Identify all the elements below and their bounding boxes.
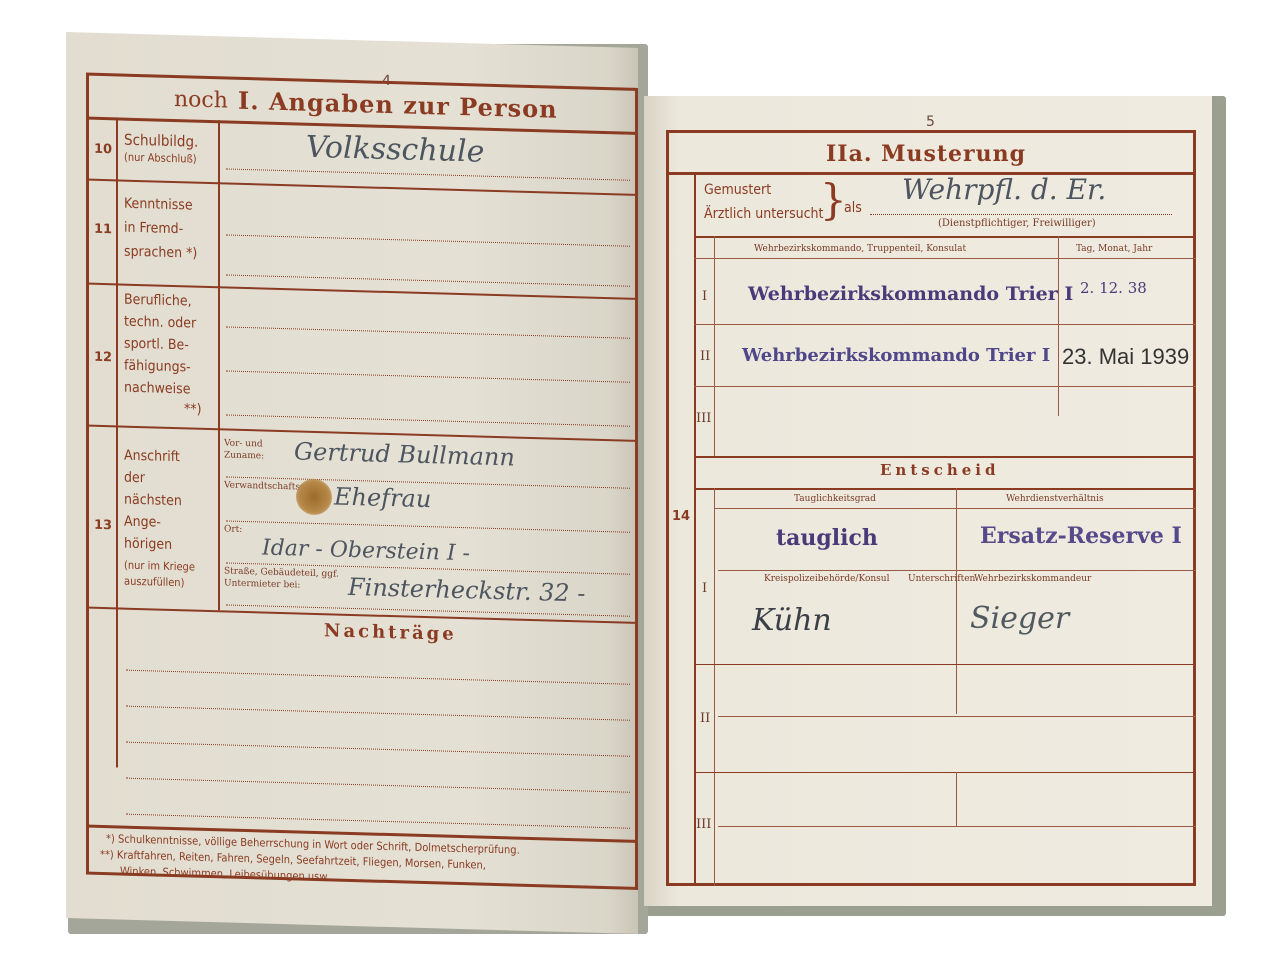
header-sig-left: Kreispolizeibehörde/Konsul (764, 574, 889, 584)
stamp-authority-2: Wehrbezirkskommando Trier I (742, 346, 1050, 367)
page-title-right: IIa. Musterung (826, 142, 1026, 167)
row-number-12: 12 (94, 351, 112, 366)
stamp-relation: Ersatz-Reserve I (980, 524, 1182, 549)
brace-icon: } (820, 176, 847, 224)
field-label-name: Vor- und Zuname: (224, 438, 284, 463)
col-header-date: Tag, Monat, Jahr (1076, 244, 1152, 254)
stamp-grade: tauglich (776, 526, 878, 551)
header-sig-right: Wehrbezirkskommandeur (974, 574, 1091, 584)
schulbildung-value: Volksschule (306, 131, 484, 170)
header-relation: Wehrdienstverhältnis (1006, 494, 1104, 504)
field-label-place: Ort: (224, 524, 242, 535)
field-label-street: Straße, Gebäudeteil, ggf. Untermieter be… (224, 566, 342, 592)
right-page: 5 IIa. Musterung Gemustert Ärztlich unte… (644, 96, 1212, 906)
field-label-relation: Verwandtschaftsgrad: (224, 480, 290, 493)
als-hint: (Dienstpflichtiger, Freiwilliger) (938, 218, 1096, 230)
gemustert-label: Gemustert (704, 182, 771, 198)
nachtraege-title: Nachträge (324, 621, 457, 645)
stain (296, 478, 332, 515)
stamp-date-2: 23. Mai 1939 (1062, 344, 1189, 369)
field-value-relation: Ehefrau (334, 483, 431, 513)
row-number-10: 10 (94, 143, 112, 158)
row-number-14: 14 (672, 510, 690, 525)
row-number-13: 13 (94, 519, 112, 534)
als-value: Wehrpfl. d. Er. (902, 174, 1106, 206)
col-header-authority: Wehrbezirkskommando, Truppenteil, Konsul… (754, 244, 966, 254)
stamp-date-1: 2. 12. 38 (1080, 280, 1147, 297)
signature-commander: Sieger (970, 602, 1069, 637)
stamp-authority-1: Wehrbezirkskommando Trier I (748, 284, 1073, 306)
aerztlich-label: Ärztlich untersucht (704, 206, 823, 222)
left-page: 4 noch I. Angaben zur Person 10 Schulbil… (66, 32, 638, 934)
title-prefix: noch (174, 87, 228, 114)
entscheid-title: Entscheid (880, 462, 999, 479)
header-grade: Tauglichkeitsgrad (794, 494, 876, 504)
row-number-11: 11 (94, 223, 112, 238)
page-number-right: 5 (926, 114, 935, 130)
signature-police: Kühn (752, 604, 832, 639)
als-label: als (844, 200, 862, 216)
header-sig-middle: Unterschriften (908, 574, 975, 584)
